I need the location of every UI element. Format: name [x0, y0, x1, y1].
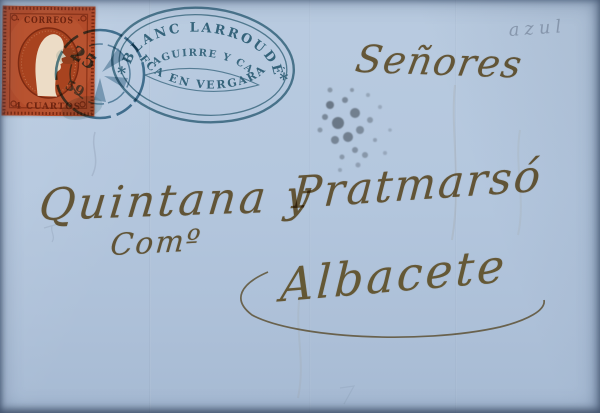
pencil-note: azul [508, 16, 567, 41]
address-salutation: Señores [352, 37, 526, 87]
postal-cover: Señores Quintana y Pratmarsó Comº Albace… [0, 0, 600, 413]
cachet-right-asterisk-icon: * [278, 70, 289, 91]
stamp-top-label: · CORREOS · [17, 16, 81, 27]
circular-datestamp: 25 59 [52, 26, 148, 122]
datestamp-day: 25 [66, 42, 100, 75]
addressee-name-line1: Quintana y [37, 170, 316, 231]
address-company-abbrev: Comº [109, 223, 204, 263]
